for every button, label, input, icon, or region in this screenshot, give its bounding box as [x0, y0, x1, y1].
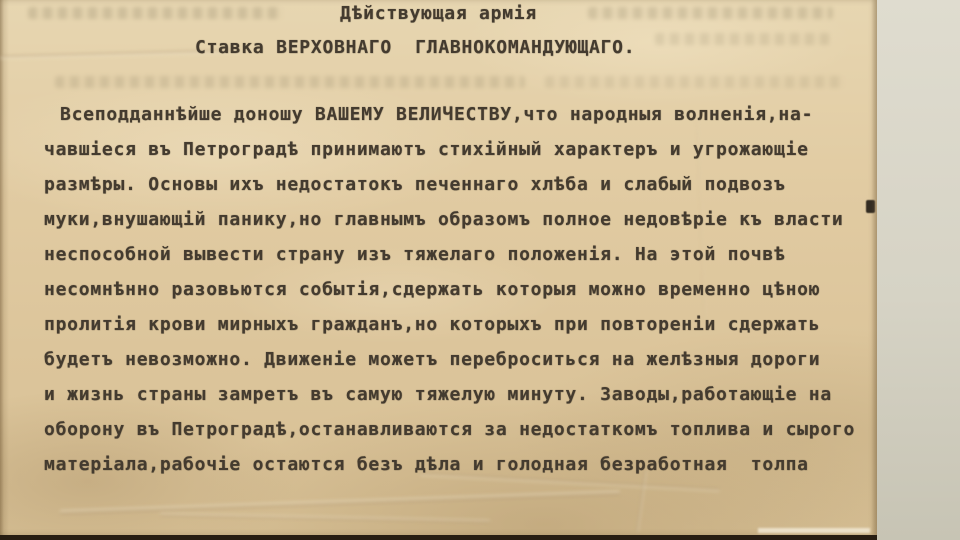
document-body-line: муки,внушающій панику,но главнымъ образо… [44, 202, 877, 237]
document-body-line: пролитія крови мирныхъ гражданъ,но котор… [44, 307, 877, 342]
bleedthrough-mark [545, 76, 845, 88]
paper-crease [160, 513, 490, 524]
document-body-line: чавшіеся въ Петроградѣ принимаютъ стихій… [44, 132, 877, 167]
document-body-line: и жизнь страны замретъ въ самую тяжелую … [44, 377, 877, 412]
document-paper: Дѣйствующая армія Ставка ВЕРХОВНАГО ГЛАВ… [0, 0, 877, 535]
document-header-stavka: Ставка ВЕРХОВНАГО ГЛАВНОКОМАНДУЮЩАГО. [195, 37, 635, 58]
document-body-line: оборону въ Петроградѣ,останавливаются за… [44, 412, 877, 447]
paper-edge-highlight [758, 528, 870, 533]
paper-crease [60, 490, 620, 515]
slide: Дѣйствующая армія Ставка ВЕРХОВНАГО ГЛАВ… [0, 0, 960, 540]
bleedthrough-mark [55, 76, 525, 88]
bleedthrough-mark [655, 33, 830, 45]
document-body-line: размѣры. Основы ихъ недостатокъ печеннаг… [44, 167, 877, 202]
document-body-line: неспособной вывести страну изъ тяжелаго … [44, 237, 877, 272]
document-body: Всеподданнѣйше доношу ВАШЕМУ ВЕЛИЧЕСТВУ,… [44, 97, 877, 482]
slide-gutter-right [877, 0, 960, 540]
ink-smudge [866, 200, 875, 213]
document-body-line: Всеподданнѣйше доношу ВАШЕМУ ВЕЛИЧЕСТВУ,… [44, 97, 877, 132]
document-body-line: будетъ невозможно. Движеніе можетъ переб… [44, 342, 877, 377]
document-header-army: Дѣйствующая армія [0, 3, 877, 24]
document-body-line: матеріала,рабочіе остаются безъ дѣла и г… [44, 447, 877, 482]
paper-bottom-edge [0, 535, 877, 540]
document-body-line: несомнѣнно разовьются событія,сдержать к… [44, 272, 877, 307]
